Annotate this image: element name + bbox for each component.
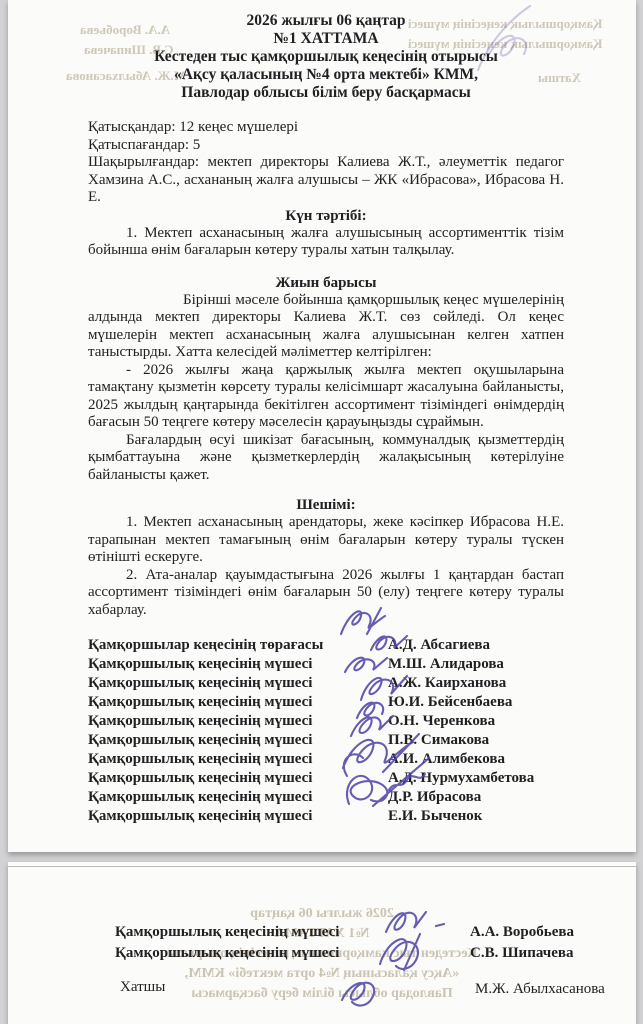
signature-row: Қамқоршылық кеңесінің мүшесі А.Д. Нурмух… (88, 769, 564, 788)
secretary-name: М.Ж. Абылхасанова (475, 981, 605, 998)
decision-heading: Шешімі: (88, 496, 564, 514)
signature-row: Қамқоршылық кеңесінің мүшесі Д.Р. Ибрасо… (88, 788, 564, 807)
signer-name: А.А. Воробьева (470, 922, 574, 943)
signer-name: С.В. Шипачева (470, 943, 574, 964)
signer-name: Е.И. Быченок (388, 807, 564, 826)
signature-row: Қамқоршылық кеңесінің мүшесі А.Ж. Каирха… (88, 674, 564, 693)
doc-date-line: 2026 жылғы 06 қаңтар (88, 12, 564, 30)
bleedthrough-line: 2026 жылғы 06 қаңтар (8, 904, 636, 924)
signer-name: А.И. Алимбекова (388, 750, 564, 769)
signer-role: Қамқоршылық кеңесінің мүшесі (88, 674, 388, 693)
signer-name: А.Д. Нурмухамбетова (388, 769, 564, 788)
signer-name: А.Ж. Каирханова (388, 674, 564, 693)
page-edge-line (8, 866, 636, 867)
signer-role: Қамқоршылық кеңесінің мүшесі (88, 769, 388, 788)
signer-role: Қамқоршылық кеңесінің мүшесі (88, 655, 388, 674)
secretary-label: Хатшы (120, 979, 165, 996)
signature-row: Қамқоршылық кеңесінің мүшесі Е.И. Бычено… (88, 807, 564, 826)
proceedings-paragraph: Бірінші мәселе бойынша қамқоршылық кеңес… (88, 292, 564, 362)
agenda-item: 1. Мектеп асханасының жалға алушысының а… (88, 225, 564, 260)
doc-protocol-number: №1 ХАТТАМА (88, 30, 564, 48)
signature-row: Қамқоршылық кеңесінің мүшесі М.Ш. Алидар… (88, 655, 564, 674)
signature-row: Қамқоршылық кеңесінің мүшесі Ю.И. Бейсен… (88, 693, 564, 712)
signature-row: Қамқоршылық кеңесінің мүшесі О.Н. Черенк… (88, 712, 564, 731)
absent-line: Қатыспағандар: 5 (88, 137, 564, 155)
signer-role: Қамқоршылар кеңесінің төрағасы (88, 636, 388, 655)
signer-role: Қамқоршылық кеңесінің мүшесі (88, 693, 388, 712)
signer-name: Ю.И. Бейсенбаева (388, 693, 564, 712)
signer-name: О.Н. Черенкова (388, 712, 564, 731)
attendance-block: Қатысқандар: 12 кеңес мүшелері Қатыспаға… (88, 119, 564, 207)
proceedings-heading: Жиын барысы (88, 274, 564, 292)
proceedings-paragraph: - 2026 жылғы жаңа қаржылық жылға мектеп … (88, 362, 564, 432)
doc-department-line: Павлодар облысы білім беру басқармасы (88, 84, 564, 102)
signer-role: Қамқоршылық кеңесінің мүшесі (88, 807, 388, 826)
signature-row: Қамқоршылық кеңесінің мүшесі П.В. Симако… (88, 731, 564, 750)
signature-block: Қамқоршылар кеңесінің төрағасы А.Д. Абса… (88, 636, 564, 826)
document-page-2: 2026 жылғы 06 қаңтар №1 ХАТТАМА Кестеден… (8, 862, 636, 1024)
signer-role: Қамқоршылық кеңесінің мүшесі (115, 943, 470, 964)
signer-name: А.Д. Абсагиева (388, 636, 564, 655)
decision-item: 1. Мектеп асханасының арендаторы, жеке к… (88, 514, 564, 567)
signer-role: Қамқоршылық кеңесінің мүшесі (88, 788, 388, 807)
signer-name: Д.Р. Ибрасова (388, 788, 564, 807)
signer-role: Қамқоршылық кеңесінің мүшесі (88, 750, 388, 769)
doc-title-line: Кестеден тыс қамқоршылық кеңесінің отыры… (88, 48, 564, 66)
signer-role: Қамқоршылық кеңесінің мүшесі (115, 922, 470, 943)
agenda-heading: Күн тәртібі: (88, 207, 564, 225)
signature-block-continued: Қамқоршылық кеңесінің мүшесі А.А. Воробь… (115, 922, 574, 964)
signer-name: М.Ш. Алидарова (388, 655, 564, 674)
doc-school-line: «Ақсу қаласының №4 орта мектебі» КММ, (88, 66, 564, 84)
signer-role: Қамқоршылық кеңесінің мүшесі (88, 712, 388, 731)
scanned-document: А.А. Воробьева С.В. Шипачева М.Ж. Абылха… (0, 0, 643, 1024)
signer-role: Қамқоршылық кеңесінің мүшесі (88, 731, 388, 750)
decision-item: 2. Ата-аналар қауымдастығына 2026 жылғы … (88, 567, 564, 620)
signature-row: Қамқоршылық кеңесінің мүшесі А.И. Алимбе… (88, 750, 564, 769)
page1-content: 2026 жылғы 06 қаңтар №1 ХАТТАМА Кестеден… (8, 0, 636, 826)
proceedings-paragraph: Бағалардың өсуі шикізат бағасының, комму… (88, 432, 564, 485)
attended-line: Қатысқандар: 12 кеңес мүшелері (88, 119, 564, 137)
signature-row: Қамқоршылар кеңесінің төрағасы А.Д. Абса… (88, 636, 564, 655)
document-page-1: А.А. Воробьева С.В. Шипачева М.Ж. Абылха… (8, 0, 636, 852)
signer-name: П.В. Симакова (388, 731, 564, 750)
invited-line: Шақырылғандар: мектеп директоры Калиева … (88, 154, 564, 207)
